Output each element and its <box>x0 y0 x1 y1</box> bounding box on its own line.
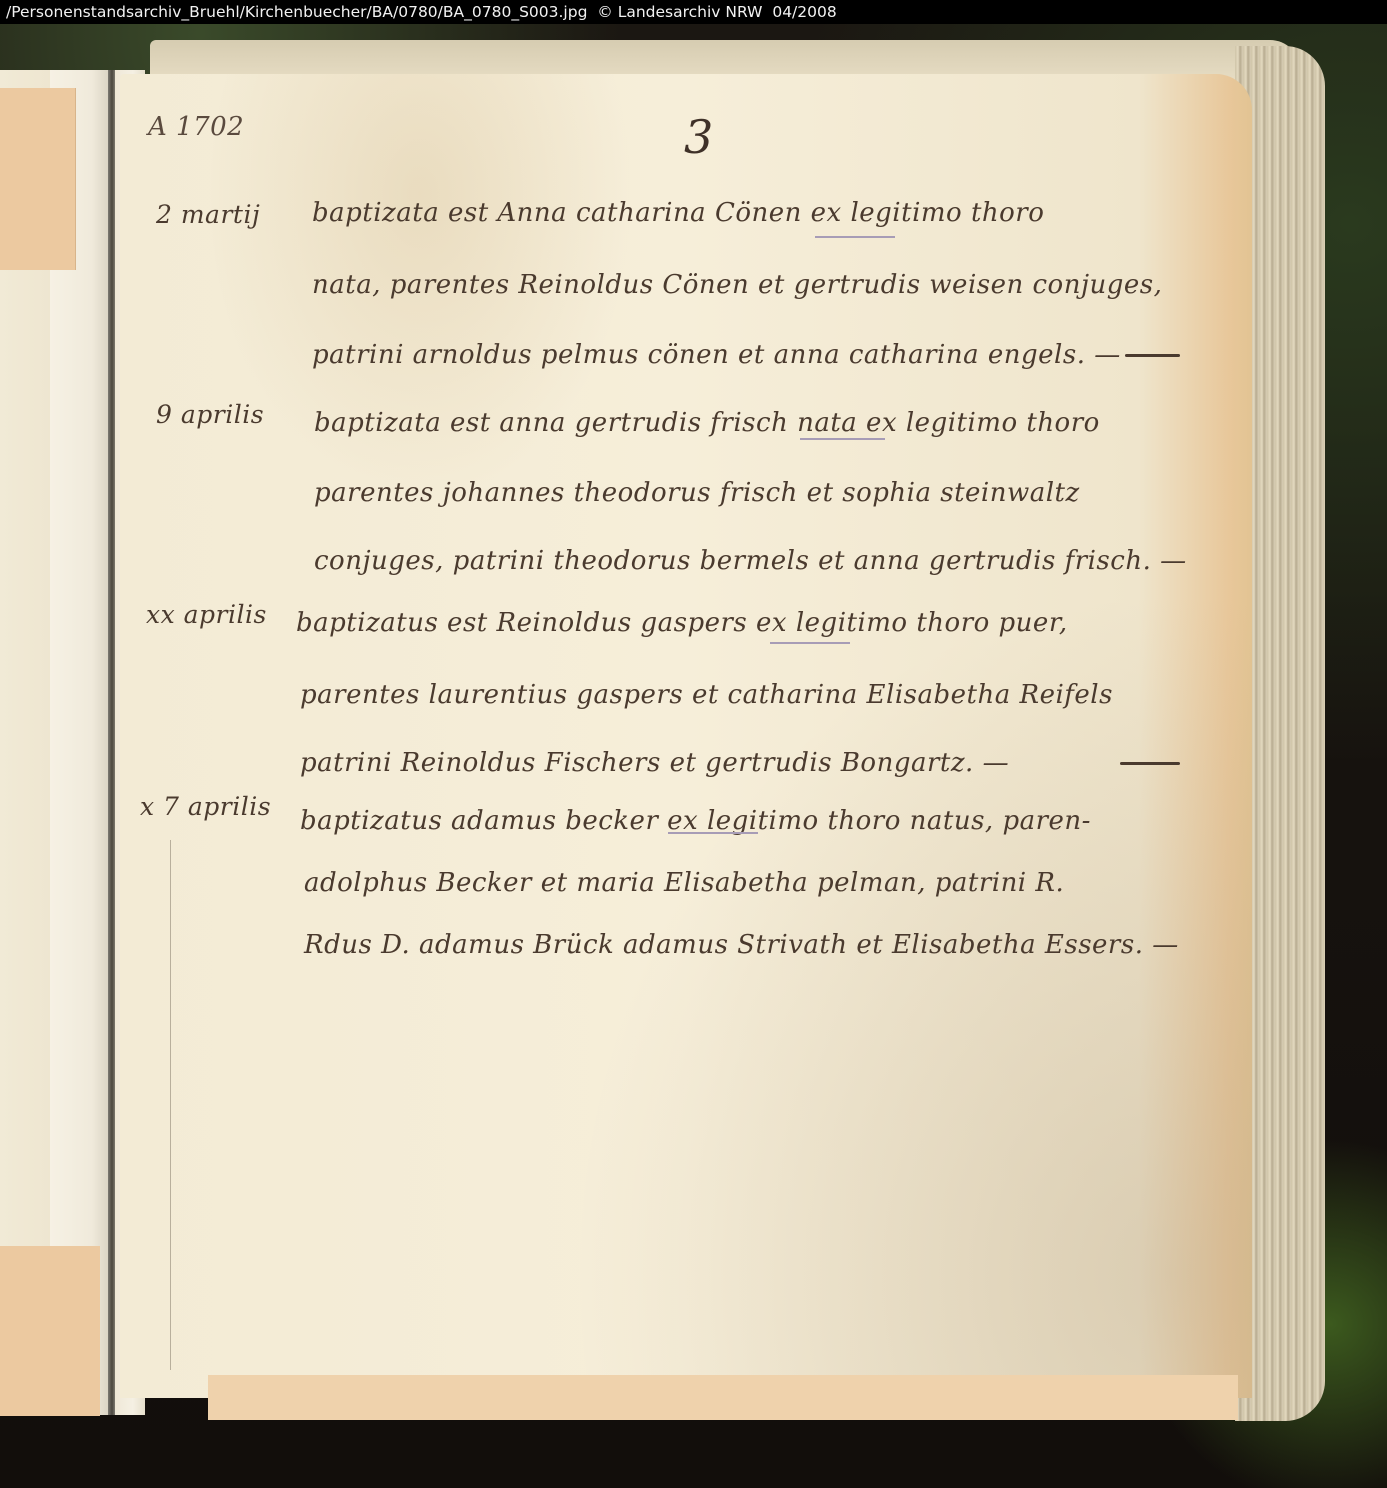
entry-line: nata, parentes Reinoldus Cönen et gertru… <box>312 270 1162 300</box>
entry-end-dash <box>1125 354 1180 357</box>
entry-line: conjuges, patrini theodorus bermels et a… <box>314 546 1187 576</box>
entry-line: baptizata est anna gertrudis frisch nata… <box>314 408 1100 438</box>
surname-underline <box>815 236 895 238</box>
entry-line: parentes johannes theodorus frisch et so… <box>314 478 1080 508</box>
entry-line: patrini Reinoldus Fischers et gertrudis … <box>300 748 1009 778</box>
surname-underline <box>800 438 885 440</box>
entry-line: baptizatus est Reinoldus gaspers ex legi… <box>296 608 1068 638</box>
margin-crease <box>170 840 171 1370</box>
page-number: 3 <box>684 110 714 164</box>
repair-tape-bottom <box>208 1375 1238 1420</box>
entry-line: Rdus D. adamus Brück adamus Strivath et … <box>304 930 1179 960</box>
surname-underline <box>668 832 758 834</box>
entry-line: baptizata est Anna catharina Cönen ex le… <box>312 198 1044 228</box>
caption-path: /Personenstandsarchiv_Bruehl/Kirchenbuec… <box>6 3 587 21</box>
caption-copyright: © Landesarchiv NRW <box>597 3 762 21</box>
entry-line: patrini arnoldus pelmus cönen et anna ca… <box>312 340 1121 370</box>
entry-line: adolphus Becker et maria Elisabetha pelm… <box>304 868 1064 898</box>
caption-date: 04/2008 <box>772 3 836 21</box>
entry-line: parentes laurentius gaspers et catharina… <box>300 680 1113 710</box>
repair-tape-bottom-left <box>0 1246 100 1416</box>
left-paper-strip <box>50 70 110 1415</box>
entry-date: x 7 aprilis <box>140 792 271 821</box>
surname-underline <box>770 642 850 644</box>
repair-tape-top-left <box>0 88 76 270</box>
folio-year-note: A 1702 <box>148 112 244 142</box>
entry-date: xx aprilis <box>146 600 267 629</box>
entry-end-dash <box>1120 762 1180 765</box>
image-caption-bar: /Personenstandsarchiv_Bruehl/Kirchenbuec… <box>0 0 1387 24</box>
entry-date: 2 martij <box>156 200 260 229</box>
entry-date: 9 aprilis <box>156 400 264 429</box>
